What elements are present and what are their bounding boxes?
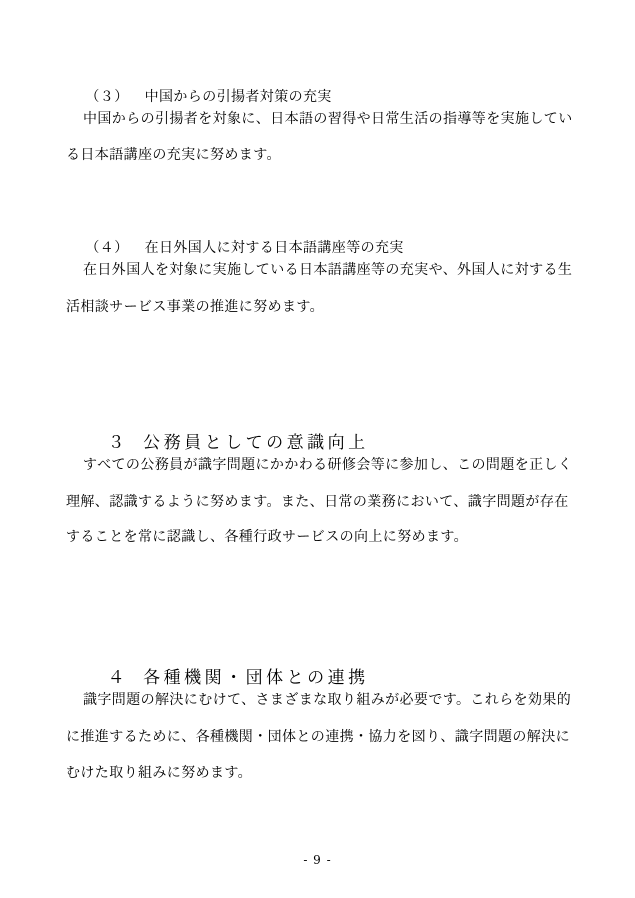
section-4-number: ４ [108, 668, 129, 688]
subsection-4-body-line: 活相談サービス事業の推進に努めます。 [66, 298, 324, 316]
section-3-title: 公務員としての意識向上 [143, 433, 369, 453]
section-3-body-line: することを常に認識し、各種行政サービスの向上に努めます。 [66, 528, 468, 546]
subsection-3-body-line: 中国からの引揚者を対象に、日本語の習得や日常生活の指導等を実施してい [66, 110, 573, 128]
section-3-number: ３ [108, 433, 129, 453]
subsection-3-body-line: る日本語講座の充実に努めます。 [66, 146, 281, 164]
document-page: （３）中国からの引揚者対策の充実 中国からの引揚者を対象に、日本語の習得や日常生… [0, 0, 635, 898]
section-3-body-line: 理解、認識するように努めます。また、日常の業務において、識字問題が存在 [66, 493, 569, 511]
subsection-3-number: （３） [85, 89, 128, 105]
page-number: - 9 - [0, 853, 635, 867]
subsection-4-body-line: 在日外国人を対象に実施している日本語講座等の充実や、外国人に対する生 [66, 261, 572, 279]
section-4-body-line: 識字問題の解決にむけて、さまざまな取り組みが必要です。これらを効果的 [66, 691, 571, 709]
section-4-title: 各種機関・団体との連携 [143, 668, 369, 688]
subsection-4-number: （４） [85, 240, 128, 256]
subsection-4-title: 在日外国人に対する日本語講座等の充実 [145, 240, 404, 256]
section-3-body-line: すべての公務員が識字問題にかかわる研修会等に参加し、この問題を正しく [66, 456, 572, 474]
section-4-body-line: むけた取り組みに努めます。 [66, 764, 252, 782]
subsection-3-title: 中国からの引揚者対策の充実 [145, 89, 332, 105]
section-4-body-line: に推進するために、各種機関・団体との連携・協力を図り、識字問題の解決に [66, 728, 570, 746]
